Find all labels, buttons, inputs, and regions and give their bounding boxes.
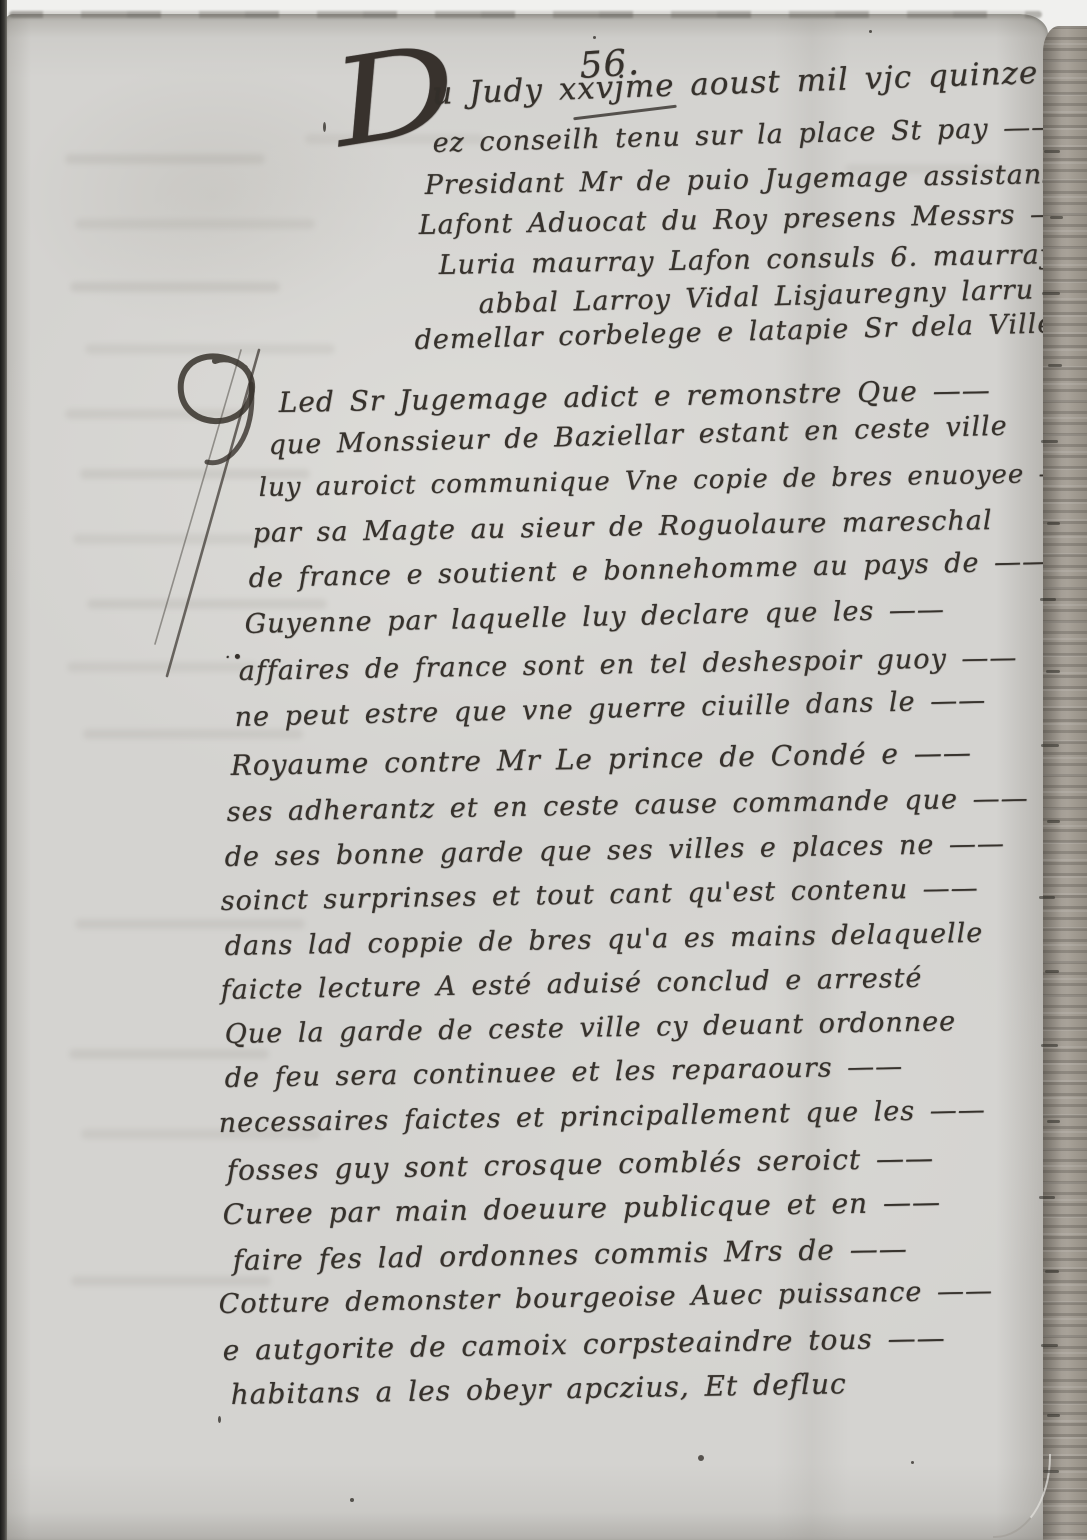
manuscript-line: de france e soutient e bonnehomme au pay… [248,546,1050,594]
page-edge-mark [1048,364,1062,367]
manuscript-line: Royaume contre Mr Le prince de Condé e —… [230,736,972,782]
binding-edge [1043,26,1087,1540]
body-initial-flourish [145,344,280,689]
ink-speck [350,1498,354,1502]
page-edge-mark [1044,150,1060,153]
manuscript-line: habitans a les obeyr apczius, Et defluc [230,1367,847,1411]
manuscript-line: Lafont Aduocat du Roy presens Messrs —— [418,198,1086,241]
manuscript-line: Led Sr Jugemage adict e remonstre Que —— [278,374,991,419]
page-edge-mark [1041,440,1058,443]
page-edge-mark [1041,1044,1058,1047]
page-edge-mark [1050,216,1063,219]
page-edge-mark [1041,1344,1058,1347]
page-edge-mark [1046,670,1060,673]
manuscript-line: u Judy xxvjme aoust mil vjc quinze [432,55,1039,112]
page-edge-mark [1047,522,1060,525]
manuscript-line: ez conseilh tenu sur la place St pay —— [432,112,1059,159]
bleedthrough-streak [69,1049,269,1059]
manuscript-line: ses adherantz et en ceste cause commande… [226,783,1028,828]
page-edge-mark [1039,1196,1055,1199]
manuscript-page: 56. D ·• u Judy xxvjme aoust mil vjc qui… [5,14,1048,1540]
page-edge-mark [1047,1120,1060,1123]
page-edge-mark [1045,1270,1059,1273]
ink-speck [698,1455,704,1461]
scan-left-edge [0,0,7,1540]
page-edge-mark [1043,1470,1059,1473]
manuscript-line: necessaires faictes et principallement q… [218,1095,985,1139]
manuscript-line: soinct surprinses et tout cant qu'est co… [220,873,978,917]
page-edge-mark [1045,970,1059,973]
manuscript-line: luy auroict communique Vne copie de bres… [258,459,1065,503]
manuscript-line: ne peut estre que vne guerre ciuille dan… [234,685,986,733]
folio-underline-flourish [573,105,677,121]
page-edge-mark [1047,1414,1060,1417]
bleedthrough-streak [65,154,265,164]
ink-speck [911,1461,914,1464]
manuscript-line: dans lad coppie de bres qu'a es mains de… [224,918,983,962]
ink-speck [218,1416,221,1423]
bleedthrough-streak [75,219,315,229]
page-edge-mark [1041,744,1059,747]
bleedthrough-streak [71,1276,271,1286]
page-edge-mark [1047,820,1060,823]
manuscript-scan: 56. D ·• u Judy xxvjme aoust mil vjc qui… [0,0,1087,1540]
bleedthrough-streak [70,282,280,292]
ink-speck [323,122,326,132]
manuscript-line: par sa Magte au sieur de Roguolaure mare… [252,505,992,549]
page-edge-mark [1042,292,1060,295]
manuscript-line: Cotture demonster bourgeoise Auec puissa… [218,1275,993,1320]
manuscript-line: que Monssieur de Baziellar estant en ces… [268,411,1008,461]
manuscript-line: Luria maurray Lafon consuls 6. maurray [438,239,1056,281]
bleedthrough-streak [75,919,305,929]
page-edge-mark [1040,598,1056,601]
ink-speck [869,30,872,33]
page-edge-mark [1039,896,1055,899]
manuscript-line: Presidant Mr de puio Jugemage assistans [424,159,1057,201]
manuscript-line: affaires de france sont en tel deshespoi… [238,642,1017,687]
ink-speck [593,36,596,39]
manuscript-line: de ses bonne garde que ses villes e plac… [224,828,1005,873]
